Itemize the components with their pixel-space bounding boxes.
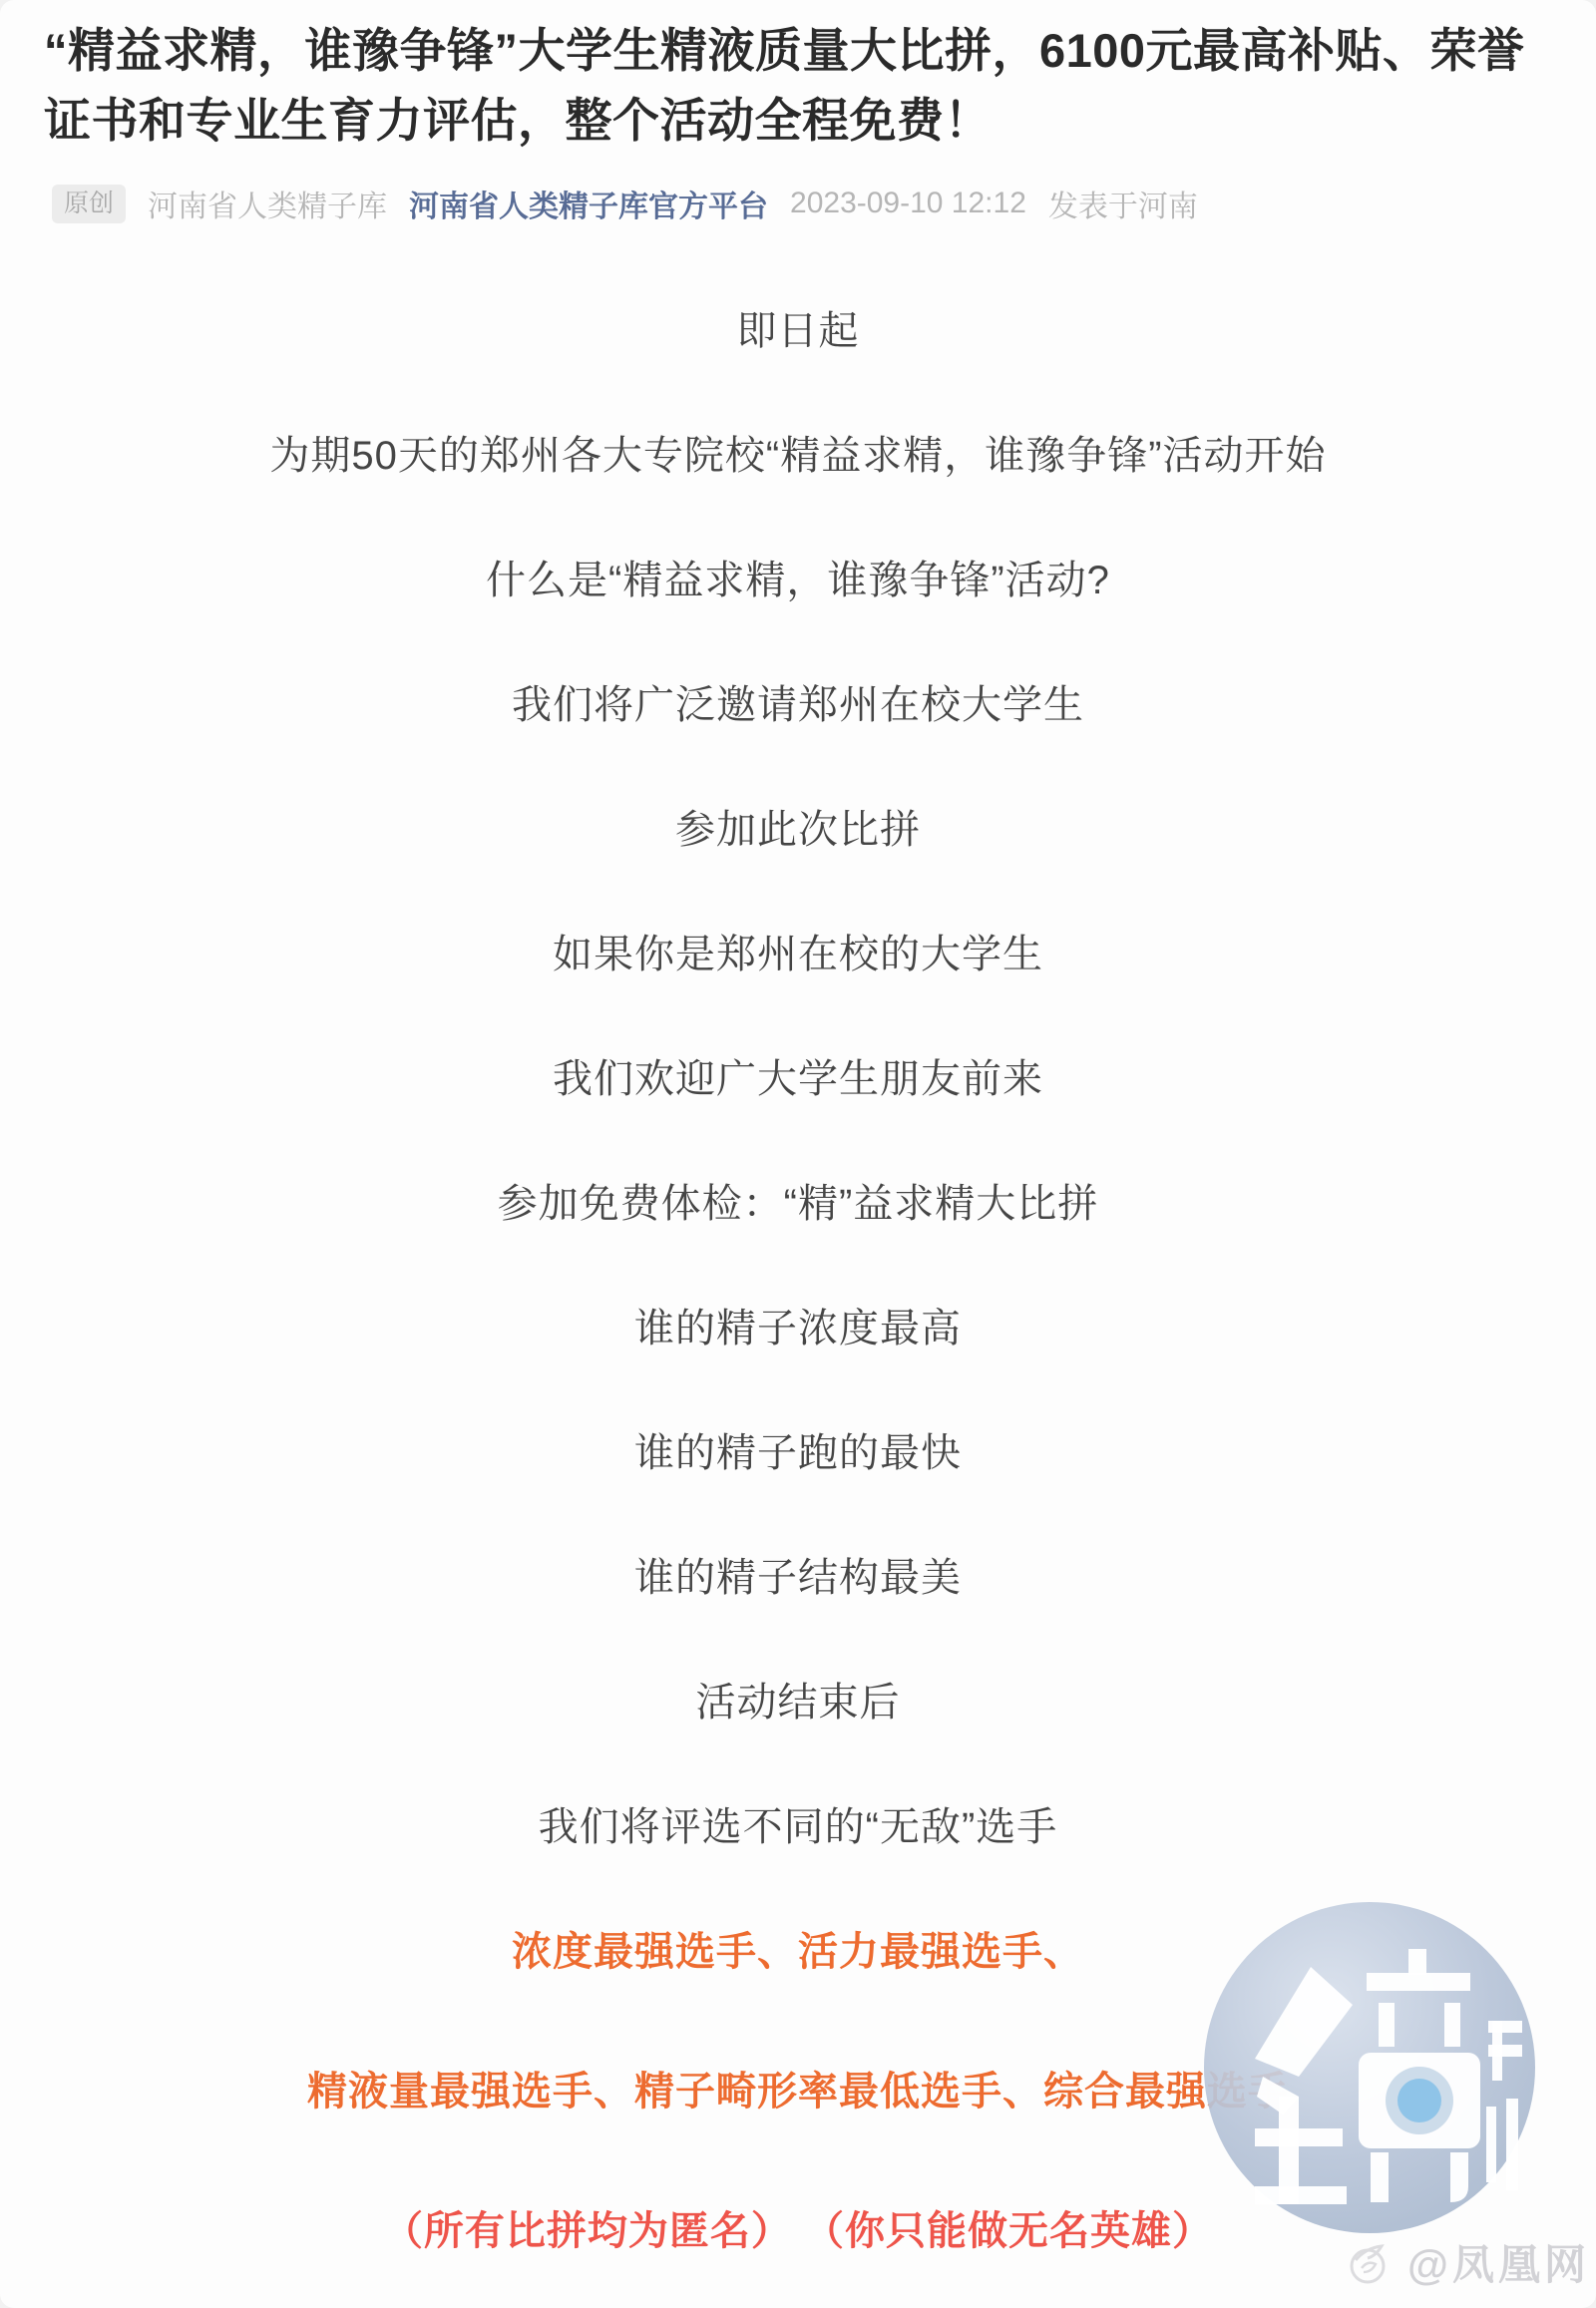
account-link[interactable]: 河南省人类精子库官方平台 xyxy=(409,182,768,225)
highlight-paragraph: 精液量最强选手、精子畸形率最低选手、综合最强选手 xyxy=(40,2070,1556,2114)
paragraph: 为期50天的郑州各大专院校“精益求精，谁豫争锋”活动开始 xyxy=(40,434,1556,478)
paragraph: 我们将广泛邀请郑州在校大学生 xyxy=(40,683,1556,727)
paragraph: 活动结束后 xyxy=(40,1681,1556,1725)
original-badge: 原创 xyxy=(52,185,126,223)
article-body: 即日起 为期50天的郑州各大专院校“精益求精，谁豫争锋”活动开始 什么是“精益求… xyxy=(0,309,1596,2253)
paragraph: 参加此次比拼 xyxy=(40,808,1556,852)
article-page: “精益求精，谁豫争锋”大学生精液质量大比拼，6100元最高补贴、荣誉证书和专业生… xyxy=(0,0,1596,2308)
paragraph: 我们将评选不同的“无敌”选手 xyxy=(40,1805,1556,1849)
publish-datetime: 2023-09-10 12:12 xyxy=(790,187,1026,220)
final-note: （所有比拼均为匿名） （你只能做无名英雄） xyxy=(40,2209,1556,2253)
paragraph: 谁的精子结构最美 xyxy=(40,1556,1556,1600)
article-title: “精益求精，谁豫争锋”大学生精液质量大比拼，6100元最高补贴、荣誉证书和专业生… xyxy=(0,0,1596,156)
paragraph: 如果你是郑州在校的大学生 xyxy=(40,933,1556,976)
paragraph: 我们欢迎广大学生朋友前来 xyxy=(40,1057,1556,1101)
paragraph: 参加免费体检：“精”益求精大比拼 xyxy=(40,1182,1556,1226)
article-meta: 原创 河南省人类精子库 河南省人类精子库官方平台 2023-09-10 12:1… xyxy=(52,182,1596,225)
paragraph: 什么是“精益求精，谁豫争锋”活动? xyxy=(40,559,1556,602)
paragraph: 谁的精子跑的最快 xyxy=(40,1431,1556,1475)
paragraph: 即日起 xyxy=(40,309,1556,353)
publish-location: 发表于河南 xyxy=(1048,182,1198,225)
highlight-paragraph: 浓度最强选手、活力最强选手、 xyxy=(40,1930,1556,1974)
author-name[interactable]: 河南省人类精子库 xyxy=(148,182,387,225)
paragraph: 谁的精子浓度最高 xyxy=(40,1307,1556,1350)
